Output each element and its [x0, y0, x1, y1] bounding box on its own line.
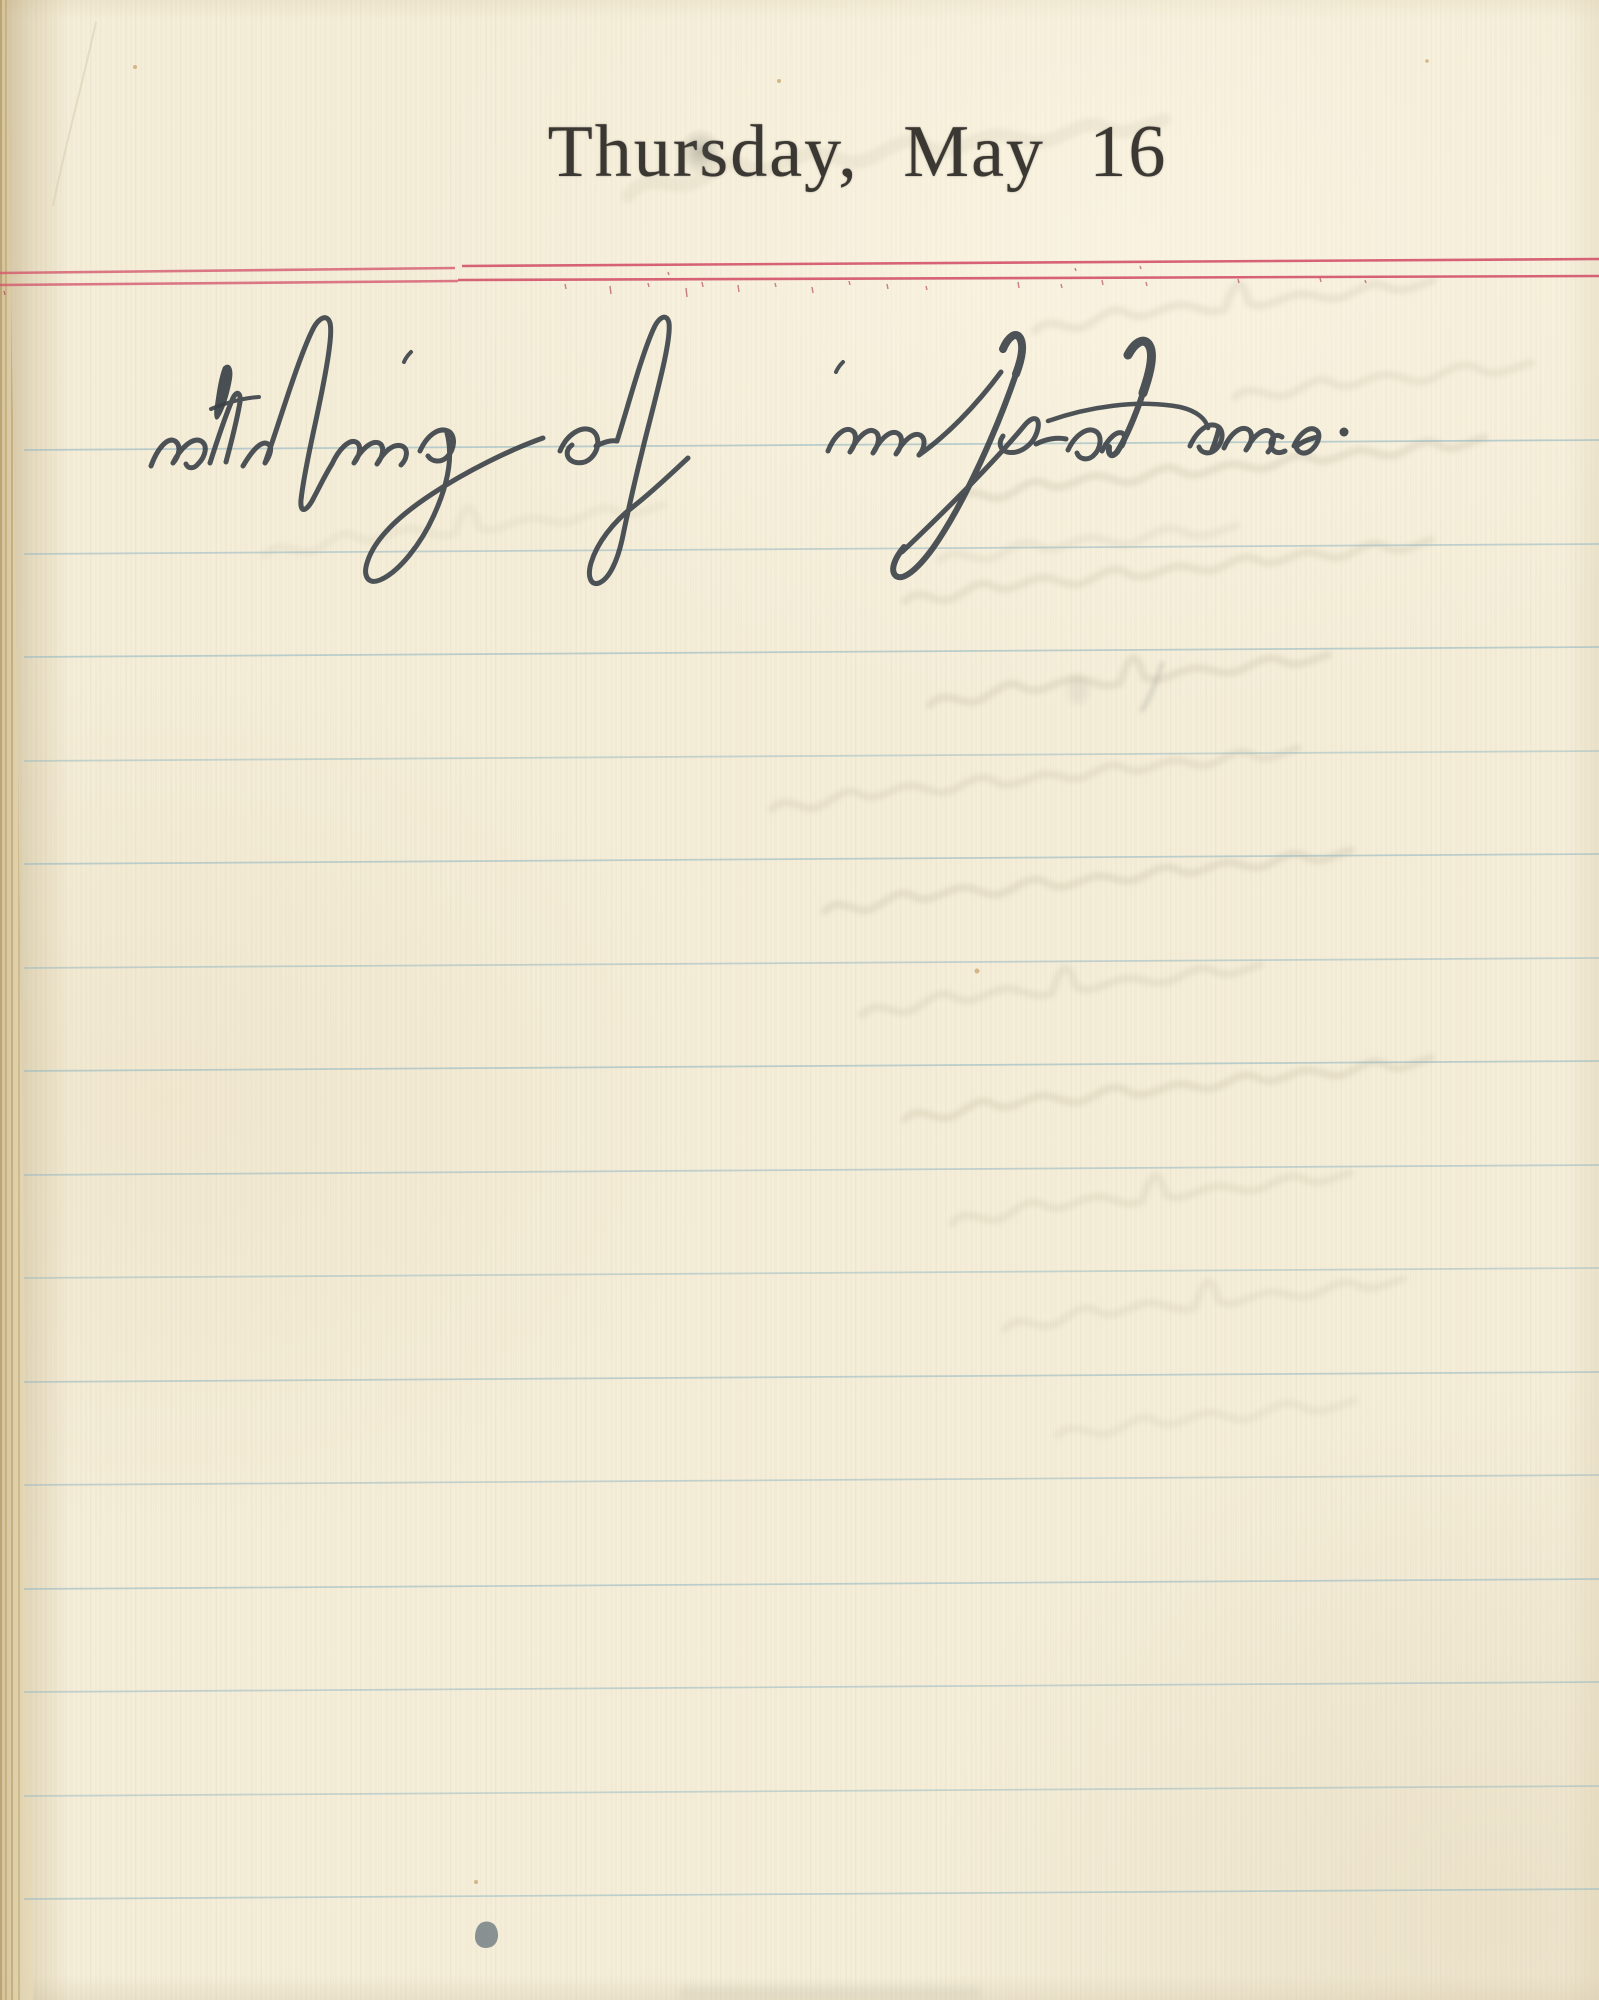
stroke-word-nothing [151, 440, 205, 468]
ruled-line [24, 854, 1599, 864]
stroke-or [1068, 430, 1100, 459]
ruled-line [24, 1682, 1599, 1692]
red-rule-top-left [0, 268, 455, 273]
ruled-line [24, 1165, 1599, 1175]
stroke-ing-minims [332, 441, 406, 465]
stroke-im-dot [836, 362, 843, 372]
ruled-line [24, 958, 1599, 968]
ruled-line [24, 751, 1599, 761]
stroke-of-f [589, 317, 688, 583]
ink-blot [475, 1922, 498, 1948]
stroke-g-descender [366, 433, 543, 581]
diary-page: Thursday, May 16 nothing of importance. [0, 0, 1599, 2000]
stroke-e [1294, 429, 1319, 453]
red-rule-top-right [462, 259, 1599, 266]
handwriting-fills [214, 365, 1348, 437]
stroke-p-head [1003, 335, 1022, 374]
ruled-line [24, 1786, 1599, 1796]
ruled-line [24, 647, 1599, 657]
ruled-line [24, 1268, 1599, 1278]
stroke-n2 [1224, 428, 1273, 452]
red-head-rule [0, 259, 1599, 285]
ghost-smudge [1068, 676, 1088, 704]
stroke-p-descender [893, 374, 1016, 577]
period-dot [1340, 428, 1349, 437]
stroke-i-dot [404, 352, 411, 362]
ruled-line [24, 1579, 1599, 1589]
page-artwork [0, 0, 1599, 2000]
ruled-lines [24, 440, 1599, 1899]
ruled-line [24, 1372, 1599, 1382]
stroke-c [1271, 435, 1285, 452]
ruled-line [24, 1475, 1599, 1485]
stroke-im-minims [828, 429, 924, 455]
bottom-edge-shadow [680, 1986, 980, 2000]
paper-marks [53, 22, 1429, 2000]
ghost-writing [265, 120, 1531, 1435]
ruled-line [24, 1889, 1599, 1899]
red-rule-bottom-left [0, 281, 458, 285]
stroke-t2-cross [1048, 404, 1208, 428]
crease-line [53, 22, 96, 206]
stroke-t2-head [1128, 341, 1151, 393]
page-title-date: Thursday, May 16 [548, 110, 1168, 195]
stroke-h-loop [243, 318, 332, 510]
